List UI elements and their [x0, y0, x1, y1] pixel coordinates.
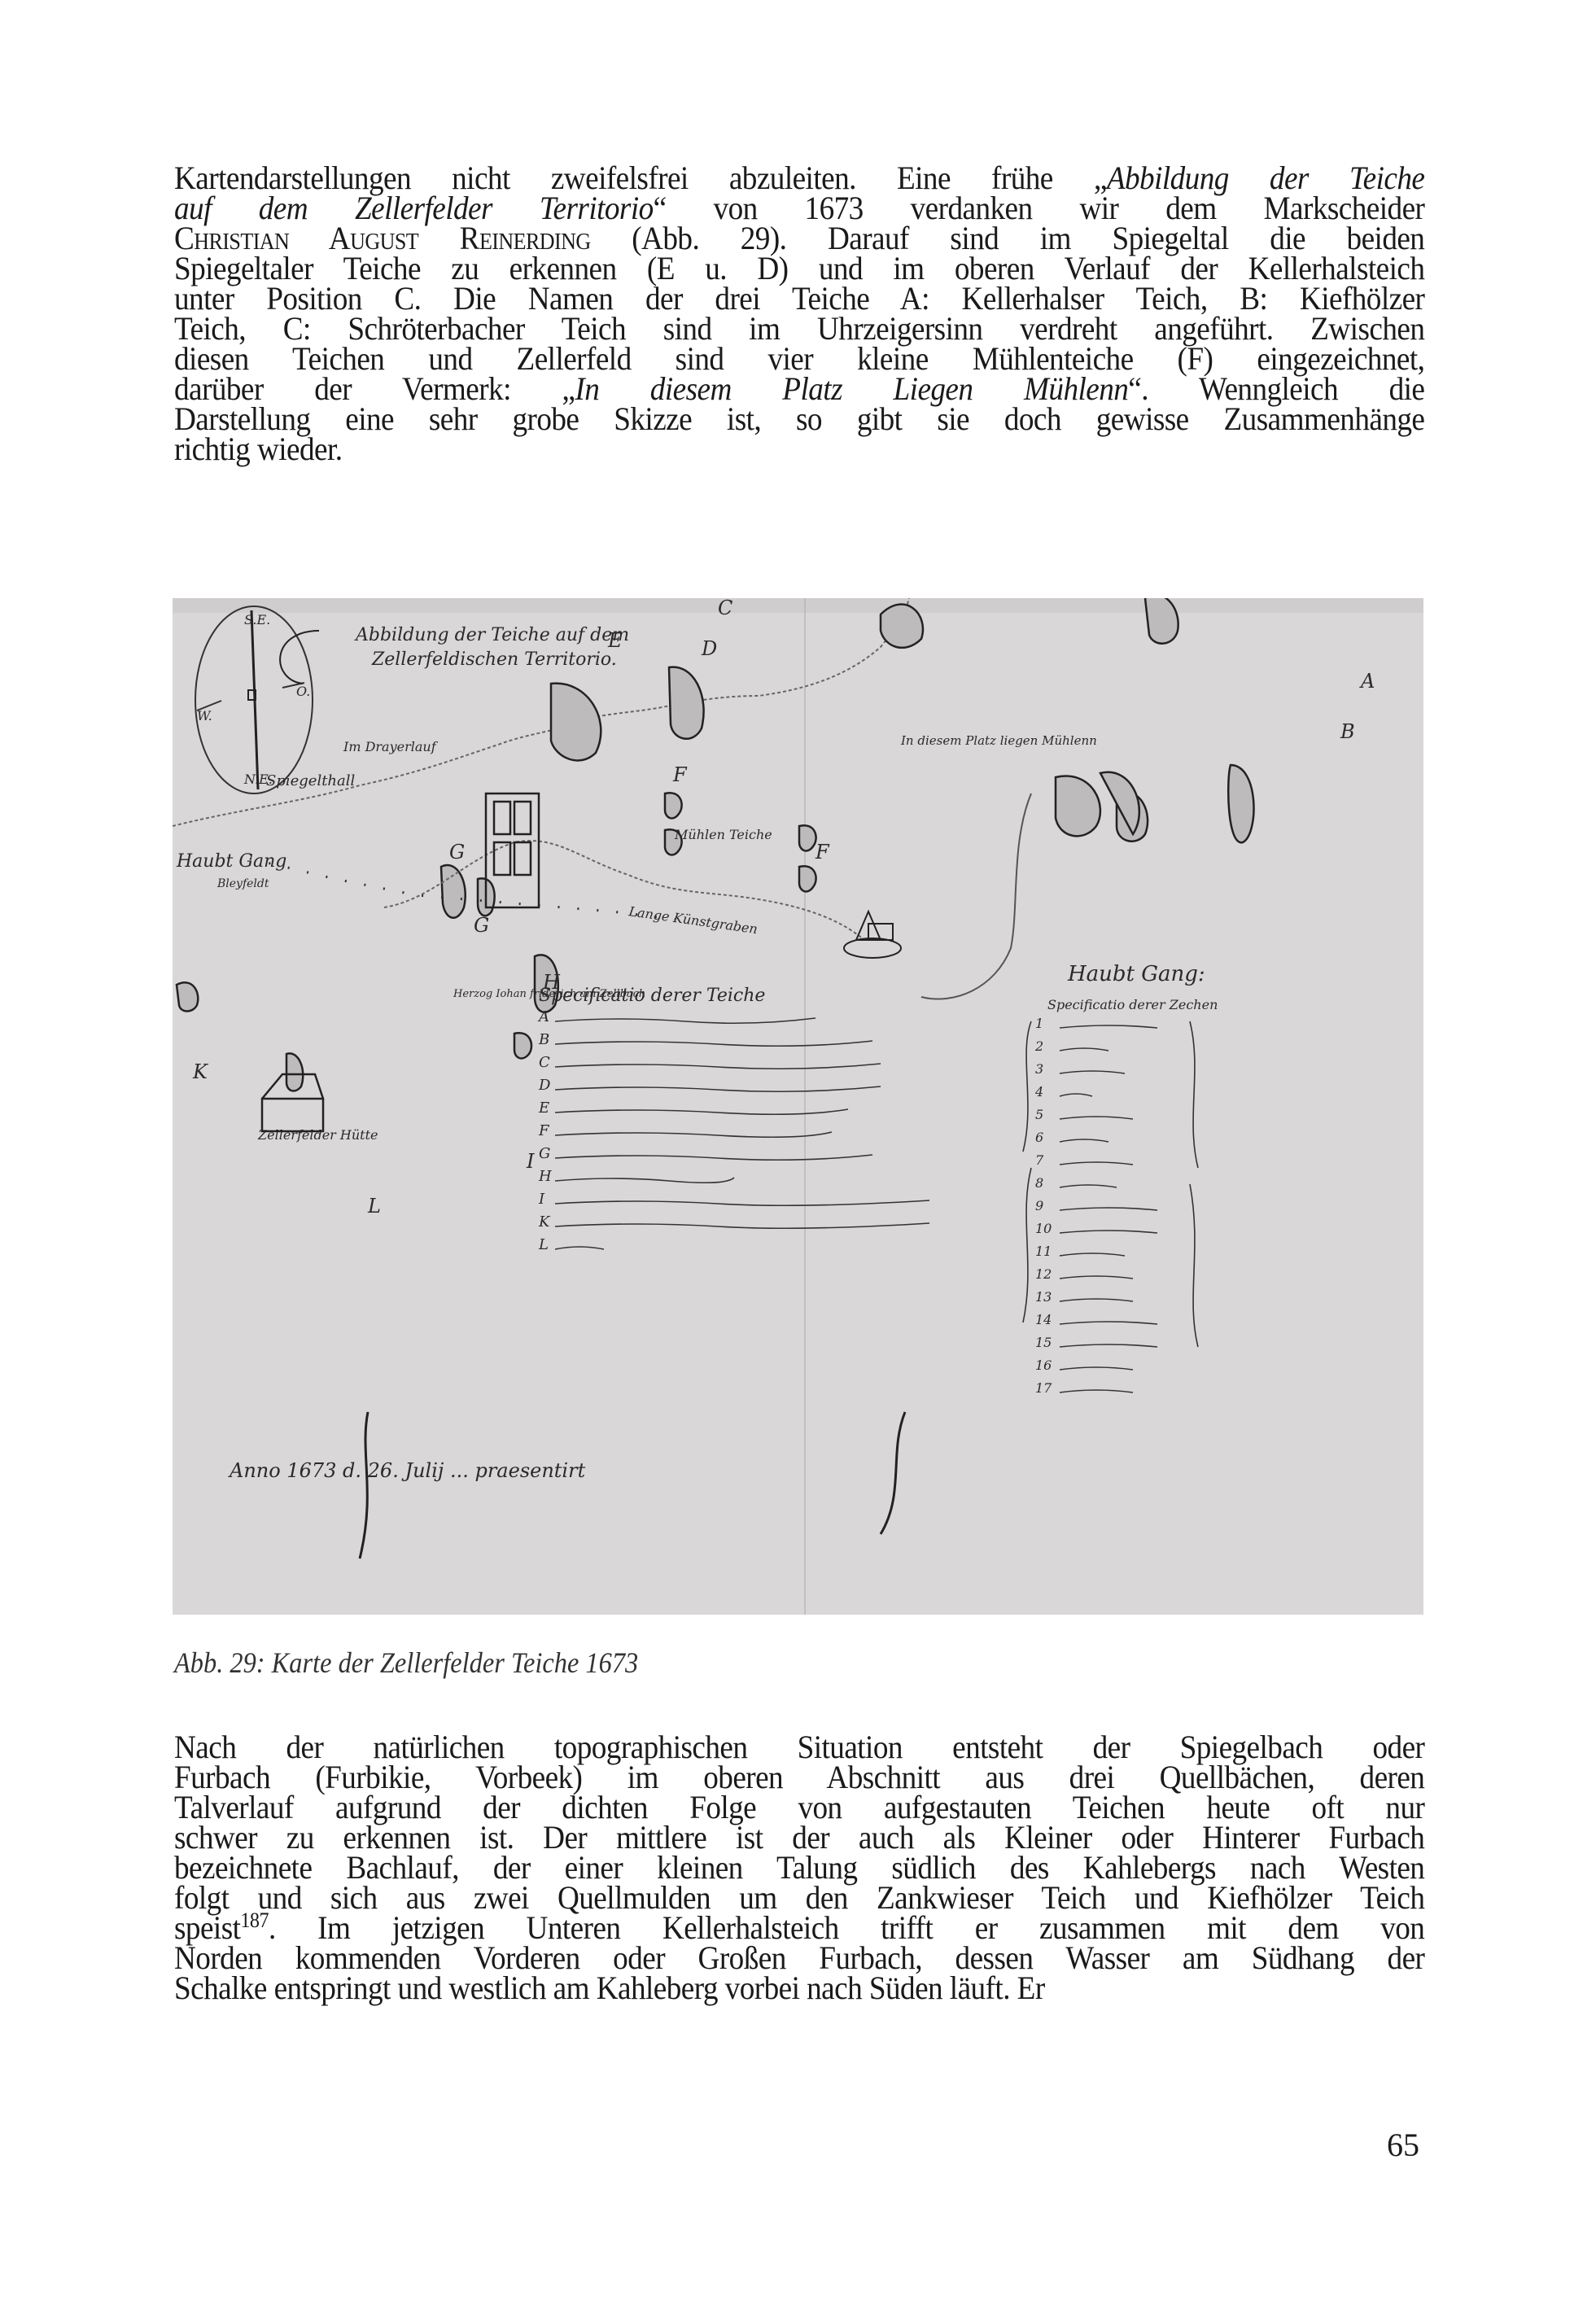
- svg-text:9: 9: [1035, 1198, 1043, 1213]
- signature-line: Anno 1673 d. 26. Julij ... praesentirt: [228, 1459, 586, 1482]
- text-line: speist187. Im jetzigen Unteren Kellerhal…: [174, 1913, 1424, 1943]
- svg-text:G: G: [474, 914, 489, 937]
- text-line: schwer zu erkennen ist. Der mittlere ist…: [174, 1822, 1424, 1852]
- svg-text:Mühlen Teiche: Mühlen Teiche: [674, 827, 772, 842]
- map-title: Abbildung der Teiche auf dem: [354, 625, 629, 645]
- text-line: auf dem Zellerfelder Territorio“ von 167…: [174, 193, 1424, 223]
- historic-map-figure: S.E. O. W. N.E. Abbildung der Teiche auf…: [173, 598, 1423, 1615]
- svg-text:In diesem Platz liegen Mühlenn: In diesem Platz liegen Mühlenn: [900, 733, 1097, 748]
- svg-text:Spiegelthall: Spiegelthall: [266, 772, 356, 789]
- haubt-gang-label: Haubt Gang:: [1067, 962, 1205, 986]
- svg-text:E: E: [538, 1099, 549, 1117]
- svg-text:A: A: [537, 1008, 549, 1025]
- svg-text:14: 14: [1035, 1312, 1052, 1327]
- text-line: Talverlauf aufgrund der dichten Folge vo…: [174, 1792, 1424, 1822]
- svg-text:Haubt Gang: Haubt Gang: [176, 851, 286, 872]
- svg-text:K: K: [192, 1060, 209, 1083]
- text-line: bezeichnete Bachlauf, der einer kleinen …: [174, 1852, 1424, 1882]
- svg-text:Specificatio derer Zechen: Specificatio derer Zechen: [1047, 997, 1218, 1012]
- svg-text:1: 1: [1035, 1016, 1043, 1031]
- svg-text:10: 10: [1035, 1221, 1052, 1236]
- svg-text:Zellerfelder Hütte: Zellerfelder Hütte: [257, 1127, 378, 1143]
- svg-text:3: 3: [1035, 1061, 1043, 1077]
- svg-text:C: C: [718, 598, 732, 619]
- text-line: Norden kommenden Vorderen oder Großen Fu…: [174, 1943, 1424, 1973]
- svg-text:7: 7: [1035, 1152, 1044, 1168]
- svg-text:F: F: [672, 763, 688, 786]
- svg-text:G: G: [449, 841, 465, 863]
- svg-text:15: 15: [1035, 1335, 1052, 1350]
- text-line: Spiegeltaler Teiche zu erkennen (E u. D)…: [174, 253, 1424, 283]
- svg-text:Specificatio derer Teiche: Specificatio derer Teiche: [539, 986, 765, 1006]
- svg-text:B: B: [1340, 720, 1355, 743]
- svg-text:S.E.: S.E.: [244, 612, 270, 627]
- svg-text:B: B: [538, 1031, 549, 1048]
- svg-text:A: A: [1359, 670, 1375, 693]
- text-line: Schalke entspringt und westlich am Kahle…: [174, 1973, 1424, 2003]
- svg-text:L: L: [367, 1195, 381, 1218]
- svg-text:6: 6: [1035, 1130, 1043, 1145]
- svg-text:F: F: [815, 841, 830, 863]
- text-line: darüber der Vermerk: „In diesem Platz Li…: [174, 374, 1424, 404]
- body-paragraph-1: Kartendarstellungen nicht zweifelsfrei a…: [174, 163, 1424, 464]
- text-line: folgt und sich aus zwei Quellmulden um d…: [174, 1882, 1424, 1913]
- text-line: diesen Teichen und Zellerfeld sind vier …: [174, 343, 1424, 374]
- map-drawing: S.E. O. W. N.E. Abbildung der Teiche auf…: [173, 598, 1423, 1615]
- svg-text:4: 4: [1034, 1084, 1043, 1099]
- page-number: 65: [1387, 2126, 1419, 2164]
- svg-text:D: D: [538, 1077, 551, 1094]
- svg-text:Zellerfeldischen Territorio.: Zellerfeldischen Territorio.: [371, 649, 617, 670]
- svg-text:E: E: [607, 629, 623, 652]
- svg-text:12: 12: [1035, 1266, 1052, 1282]
- svg-text:5: 5: [1035, 1107, 1043, 1122]
- svg-text:G: G: [539, 1145, 550, 1162]
- text-line: Teich, C: Schröterbacher Teich sind im U…: [174, 313, 1424, 343]
- svg-text:2: 2: [1034, 1038, 1043, 1054]
- svg-text:F: F: [538, 1122, 550, 1139]
- svg-text:L: L: [538, 1236, 549, 1253]
- svg-text:8: 8: [1035, 1175, 1043, 1191]
- svg-text:O.: O.: [296, 684, 310, 699]
- svg-text:H: H: [538, 1168, 552, 1185]
- svg-text:I: I: [526, 1150, 535, 1173]
- text-line: Furbach (Furbikie, Vorbeek) im oberen Ab…: [174, 1762, 1424, 1792]
- text-line: richtig wieder.: [174, 434, 1424, 464]
- svg-text:17: 17: [1035, 1380, 1052, 1396]
- svg-text:K: K: [538, 1213, 551, 1231]
- svg-text:I: I: [538, 1191, 545, 1208]
- svg-text:Im Drayerlauf: Im Drayerlauf: [343, 739, 439, 754]
- svg-text:C: C: [539, 1054, 550, 1071]
- text-line: Kartendarstellungen nicht zweifelsfrei a…: [174, 163, 1424, 193]
- svg-text:W.: W.: [197, 708, 212, 724]
- svg-text:11: 11: [1035, 1244, 1052, 1259]
- body-paragraph-2: Nach der natürlichen topographischen Sit…: [174, 1732, 1424, 2003]
- svg-text:13: 13: [1035, 1289, 1052, 1305]
- text-line: Nach der natürlichen topographischen Sit…: [174, 1732, 1424, 1762]
- figure-caption: Abb. 29: Karte der Zellerfelder Teiche 1…: [174, 1646, 638, 1680]
- text-line: unter Position C. Die Namen der drei Tei…: [174, 283, 1424, 313]
- svg-text:Bleyfeldt: Bleyfeldt: [216, 877, 269, 890]
- text-line: Christian August Reinerding (Abb. 29). D…: [174, 223, 1424, 253]
- svg-text:D: D: [701, 637, 717, 660]
- text-line: Darstellung eine sehr grobe Skizze ist, …: [174, 404, 1424, 434]
- svg-text:16: 16: [1035, 1357, 1052, 1373]
